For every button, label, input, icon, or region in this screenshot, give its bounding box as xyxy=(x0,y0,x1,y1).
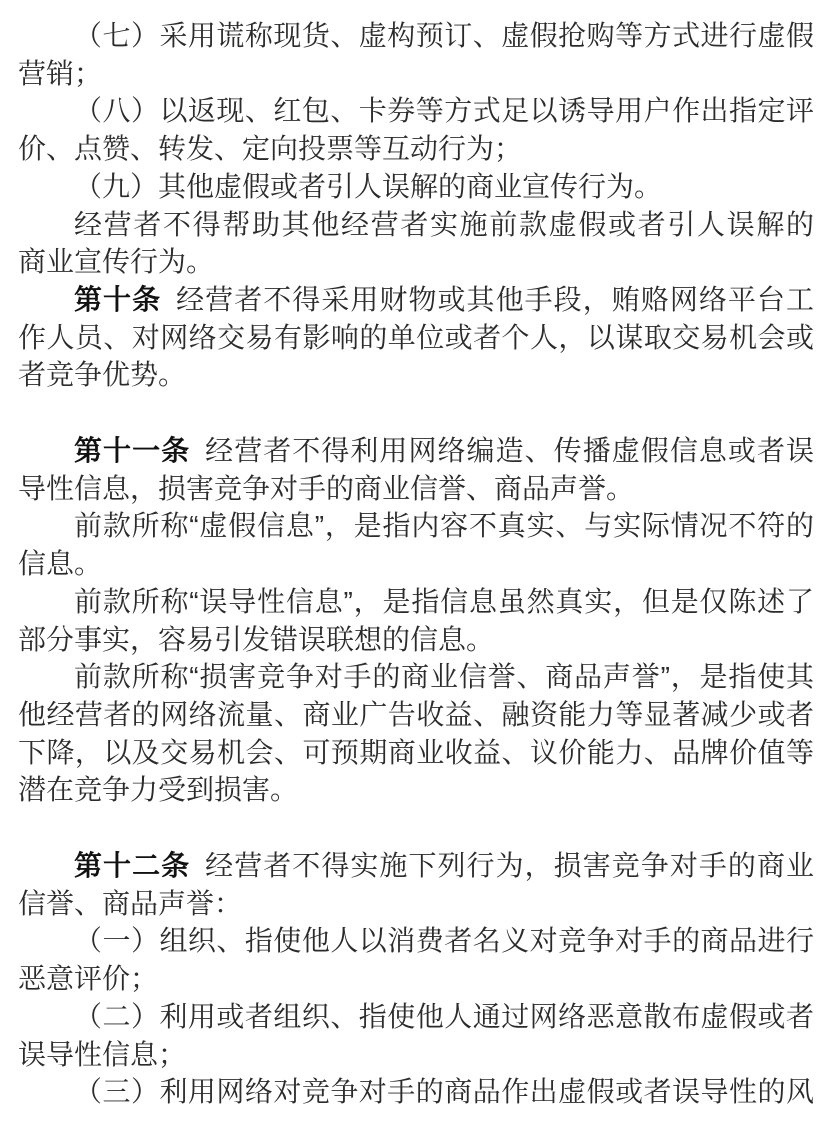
text-line: 经营者不得帮助其他经营者实施前款虚假或者引人误解的 xyxy=(18,206,814,244)
text-line: 信誉、商品声誉： xyxy=(18,885,814,923)
line-text: 者竞争优势。 xyxy=(18,359,186,390)
line-text: 导性信息，损害竞争对手的商业信誉、商品声誉。 xyxy=(18,473,634,504)
text-line: 前款所称“虚假信息”，是指内容不真实、与实际情况不符的 xyxy=(18,507,814,545)
line-text: （八）以返现、红包、卡券等方式足以诱导用户作出指定评 xyxy=(74,95,814,126)
text-line: 第十一条经营者不得利用网络编造、传播虚假信息或者误 xyxy=(18,432,814,470)
document-page: （七）采用谎称现货、虚构预订、虚假抢购等方式进行虚假营销；（八）以返现、红包、卡… xyxy=(0,0,820,1123)
text-line: 第十条经营者不得采用财物或其他手段，贿赂网络平台工 xyxy=(18,281,814,319)
text-line: 者竞争优势。 xyxy=(18,356,814,394)
line-text: （二）利用或者组织、指使他人通过网络恶意散布虚假或者 xyxy=(74,1001,814,1032)
line-text: 恶意评价； xyxy=(18,963,158,994)
line-text: 他经营者的网络流量、商业广告收益、融资能力等显著减少或者 xyxy=(18,699,814,730)
article-number: 第十一条 xyxy=(74,435,190,466)
text-line: （八）以返现、红包、卡券等方式足以诱导用户作出指定评 xyxy=(18,92,814,130)
line-text: （一）组织、指使他人以消费者名义对竞争对手的商品进行 xyxy=(74,925,814,956)
text-line: 部分事实，容易引发错误联想的信息。 xyxy=(18,621,814,659)
text-line: 商业宣传行为。 xyxy=(18,243,814,281)
text-line: 营销； xyxy=(18,55,814,93)
line-text: 前款所称“损害竞争对手的商业信誉、商品声誉”，是指使其 xyxy=(74,661,814,692)
line-text: 经营者不得实施下列行为，损害竞争对手的商业 xyxy=(205,850,814,881)
line-text: （九）其他虚假或者引人误解的商业宣传行为。 xyxy=(74,171,662,202)
line-text: 潜在竞争力受到损害。 xyxy=(18,774,298,805)
text-line: 前款所称“损害竞争对手的商业信誉、商品声誉”，是指使其 xyxy=(18,658,814,696)
text-line: （二）利用或者组织、指使他人通过网络恶意散布虚假或者 xyxy=(18,998,814,1036)
document-text-body: （七）采用谎称现货、虚构预订、虚假抢购等方式进行虚假营销；（八）以返现、红包、卡… xyxy=(18,17,814,1111)
text-line: （七）采用谎称现货、虚构预订、虚假抢购等方式进行虚假 xyxy=(18,17,814,55)
line-text: 经营者不得利用网络编造、传播虚假信息或者误 xyxy=(205,435,814,466)
article-number: 第十二条 xyxy=(74,850,190,881)
article-number: 第十条 xyxy=(74,284,161,315)
text-line: 作人员、对网络交易有影响的单位或者个人，以谋取交易机会或 xyxy=(18,319,814,357)
text-line: 第十二条经营者不得实施下列行为，损害竞争对手的商业 xyxy=(18,847,814,885)
line-text: （三）利用网络对竞争对手的商品作出虚假或者误导性的风 xyxy=(74,1076,814,1107)
text-line: 前款所称“误导性信息”，是指信息虽然真实，但是仅陈述了 xyxy=(18,583,814,621)
line-text: 经营者不得采用财物或其他手段，贿赂网络平台工 xyxy=(176,284,814,315)
text-line: 下降，以及交易机会、可预期商业收益、议价能力、品牌价值等 xyxy=(18,734,814,772)
line-text: 商业宣传行为。 xyxy=(18,246,214,277)
line-text: 前款所称“误导性信息”，是指信息虽然真实，但是仅陈述了 xyxy=(74,586,814,617)
text-line: （三）利用网络对竞争对手的商品作出虚假或者误导性的风 xyxy=(18,1073,814,1111)
text-line: 价、点赞、转发、定向投票等互动行为； xyxy=(18,130,814,168)
line-text: （七）采用谎称现货、虚构预订、虚假抢购等方式进行虚假 xyxy=(74,20,814,51)
line-text: 前款所称“虚假信息”，是指内容不真实、与实际情况不符的 xyxy=(74,510,814,541)
text-line: 他经营者的网络流量、商业广告收益、融资能力等显著减少或者 xyxy=(18,696,814,734)
text-line: 潜在竞争力受到损害。 xyxy=(18,771,814,809)
line-text: 下降，以及交易机会、可预期商业收益、议价能力、品牌价值等 xyxy=(18,737,814,768)
text-line: 导性信息，损害竞争对手的商业信誉、商品声誉。 xyxy=(18,470,814,508)
text-line: 信息。 xyxy=(18,545,814,583)
text-line: 恶意评价； xyxy=(18,960,814,998)
line-text: 信息。 xyxy=(18,548,102,579)
line-text: 误导性信息； xyxy=(18,1039,186,1070)
line-text: 部分事实，容易引发错误联想的信息。 xyxy=(18,624,494,655)
line-text: 作人员、对网络交易有影响的单位或者个人，以谋取交易机会或 xyxy=(18,322,814,353)
line-text: 经营者不得帮助其他经营者实施前款虚假或者引人误解的 xyxy=(74,209,814,240)
line-text: 价、点赞、转发、定向投票等互动行为； xyxy=(18,133,522,164)
text-line: 误导性信息； xyxy=(18,1036,814,1074)
line-text: 信誉、商品声誉： xyxy=(18,888,242,919)
text-line: （九）其他虚假或者引人误解的商业宣传行为。 xyxy=(18,168,814,206)
line-text: 营销； xyxy=(18,58,102,89)
text-line: （一）组织、指使他人以消费者名义对竞争对手的商品进行 xyxy=(18,922,814,960)
